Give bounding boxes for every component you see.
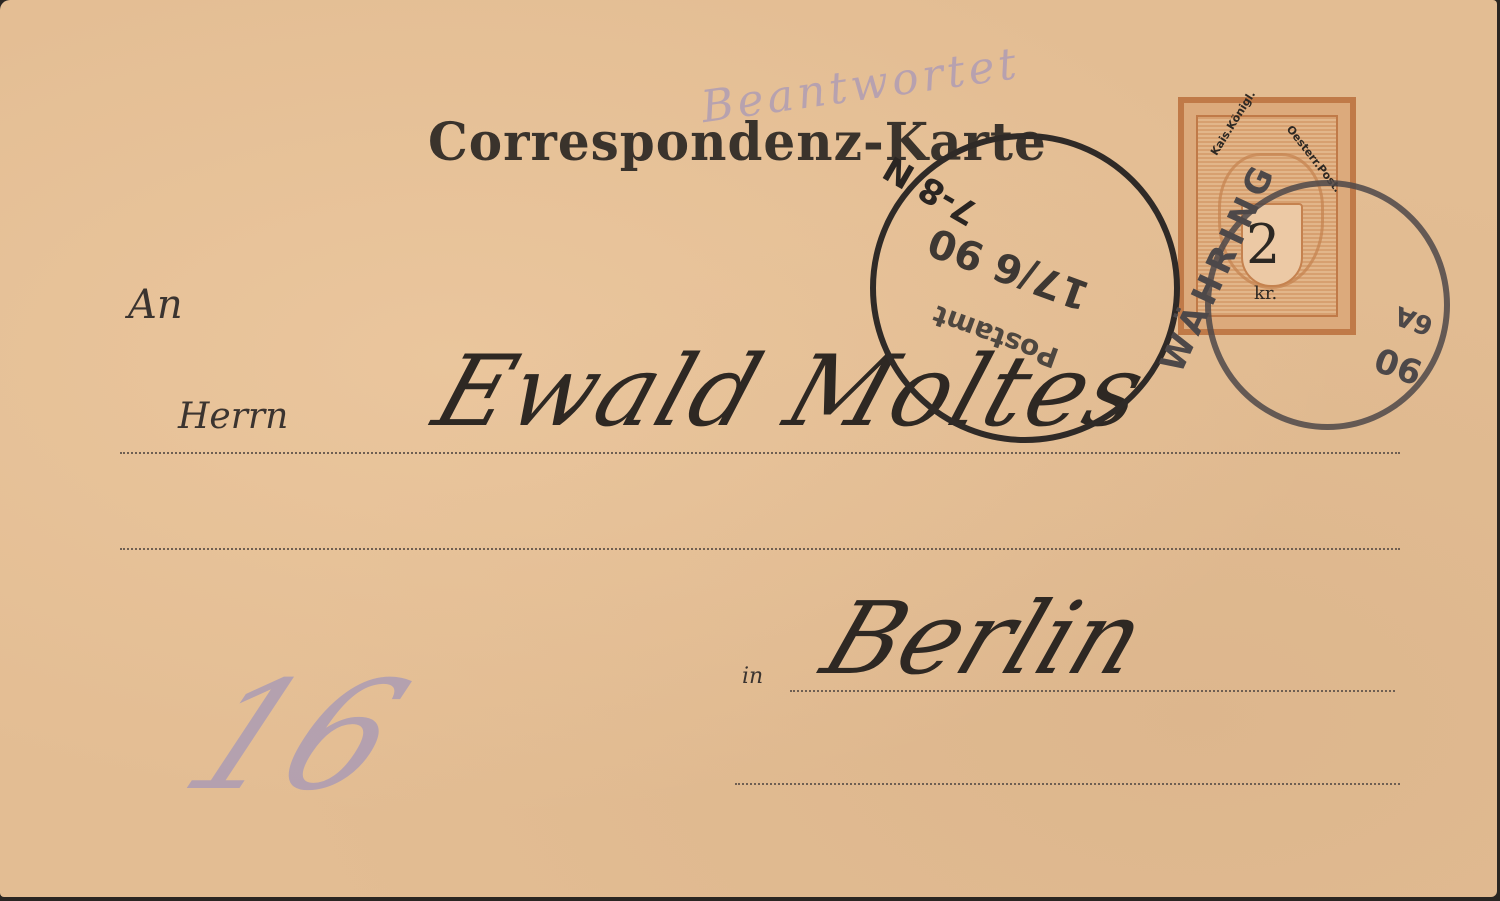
address-line-2 — [120, 548, 1400, 550]
address-line-4 — [735, 783, 1400, 785]
label-herrn: Herrn — [178, 396, 288, 437]
label-in: in — [742, 664, 763, 689]
pencil-number: 16 — [159, 650, 431, 824]
address-line-1 — [120, 452, 1400, 454]
recipient-city: Berlin — [809, 580, 1160, 697]
postcard: Beantwortet Correspondenz-Karte An Herrn… — [0, 0, 1497, 897]
address-line-3 — [790, 690, 1395, 692]
label-an: An — [128, 282, 183, 328]
